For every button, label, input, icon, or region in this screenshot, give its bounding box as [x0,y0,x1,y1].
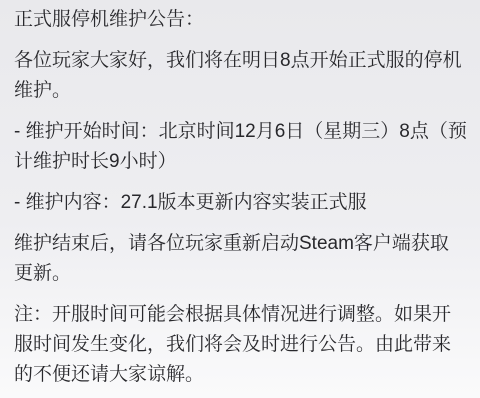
maintenance-announcement: 正式服停机维护公告： 各位玩家大家好，我们将在明日8点开始正式服的停机维护。 -… [0,0,480,398]
announcement-paragraph-greeting: 各位玩家大家好，我们将在明日8点开始正式服的停机维护。 [14,46,467,106]
announcement-paragraph-start-time: - 维护开始时间：北京时间12月6日（星期三）8点（预计维护时长9小时） [14,117,467,177]
announcement-paragraph-restart-steam: 维护结束后，请各位玩家重新启动Steam客户端获取更新。 [14,229,467,289]
announcement-paragraph-note: 注：开服时间可能会根据具体情况进行调整。如果开服时间发生变化，我们将会及时进行公… [14,300,467,390]
announcement-paragraph-update-content: - 维护内容：27.1版本更新内容实装正式服 [14,188,467,218]
announcement-title: 正式服停机维护公告： [14,5,467,35]
